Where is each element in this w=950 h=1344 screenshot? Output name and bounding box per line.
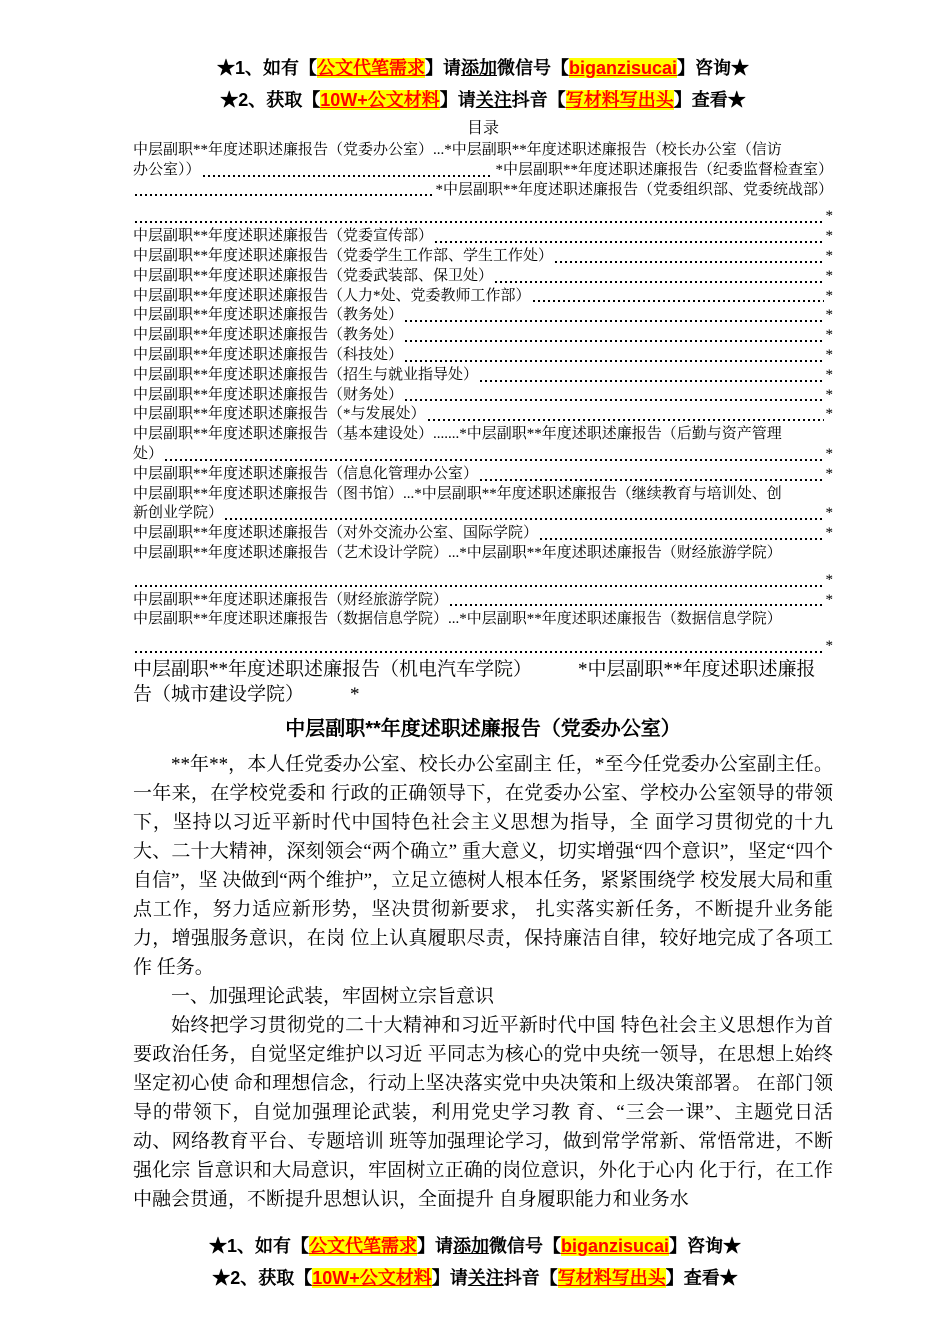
notice-text: 】请 bbox=[440, 90, 476, 110]
toc-line: 中层副职**年度述职述廉报告（数据信息学院）...*中层副职**年度述职述廉报告… bbox=[133, 610, 833, 630]
toc-entry-text: * bbox=[826, 207, 834, 227]
toc-entry-text: * bbox=[826, 287, 834, 307]
toc-line: 中层副职**年度述职述廉报告（对外交流办公室、国际学院）* bbox=[133, 524, 833, 544]
dot-leader bbox=[135, 194, 433, 196]
toc-line: 中层副职**年度述职述廉报告（基本建设处）.......*中层副职**年度述职述… bbox=[133, 425, 833, 445]
toc-entry-text: 中层副职**年度述职述廉报告（财务处） bbox=[133, 386, 403, 406]
toc-entry-text: * bbox=[826, 571, 834, 591]
toc-line: *中层副职**年度述职述廉报告（党委组织部、党委统战部） bbox=[133, 181, 833, 201]
body-paragraph: **年**，本人任党委办公室、校长办公室副主 任，*至今任党委办公室副主任。一年… bbox=[133, 750, 833, 982]
highlighted-text: 公文代笔需求 bbox=[309, 1236, 417, 1256]
toc-entry-text: 中层副职**年度述职述廉报告（党委办公室）...*中层副职**年度述职述廉报告（… bbox=[133, 141, 782, 161]
toc-line: 中层副职**年度述职述廉报告（机电汽车学院）*中层副职**年度述职述廉报 bbox=[133, 657, 833, 682]
notice-text: 抖音【 bbox=[512, 90, 566, 110]
table-of-contents: 中层副职**年度述职述廉报告（党委办公室）...*中层副职**年度述职述廉报告（… bbox=[133, 141, 833, 707]
notice-text: 】咨询★ bbox=[669, 1236, 741, 1256]
toc-entry-text: * bbox=[826, 504, 834, 524]
underlined-text: 关注 bbox=[468, 1268, 504, 1288]
notice-line: ★1、如有【公文代笔需求】请添加微信号【biganzisucai】咨询★ bbox=[0, 1230, 950, 1262]
toc-entry-text: 中层副职**年度述职述廉报告（机电汽车学院） bbox=[133, 657, 532, 682]
toc-entry-text: * bbox=[826, 267, 834, 287]
underlined-text: 关注 bbox=[476, 90, 512, 110]
footer-notice: ★1、如有【公文代笔需求】请添加微信号【biganzisucai】咨询★★2、获… bbox=[0, 1230, 950, 1294]
toc-entry-text: 处） bbox=[133, 445, 163, 465]
dot-leader bbox=[435, 241, 823, 243]
notice-text: 】查看★ bbox=[666, 1268, 738, 1288]
dot-leader bbox=[555, 261, 823, 263]
dot-leader bbox=[405, 399, 823, 401]
toc-entry-text: * bbox=[826, 445, 834, 465]
dot-leader bbox=[165, 459, 823, 461]
dot-leader bbox=[135, 585, 824, 587]
highlighted-text: 写材料写出头 bbox=[566, 90, 674, 110]
toc-line: 中层副职**年度述职述廉报告（人力*处、党委教师工作部）* bbox=[133, 287, 833, 307]
highlighted-text: 公文代笔需求 bbox=[317, 58, 425, 78]
toc-line: 新创业学院）* bbox=[133, 504, 833, 524]
toc-entry-text: * bbox=[826, 227, 834, 247]
toc-entry-text: 中层副职**年度述职述廉报告（艺术设计学院）...*中层副职**年度述职述廉报告… bbox=[133, 544, 782, 564]
toc-entry-text: 中层副职**年度述职述廉报告（图书馆）...*中层副职**年度述职述廉报告（继续… bbox=[133, 485, 782, 505]
toc-entry-text: 中层副职**年度述职述廉报告（数据信息学院）...*中层副职**年度述职述廉报告… bbox=[133, 610, 782, 630]
dot-leader bbox=[203, 175, 494, 177]
toc-entry-text: * bbox=[826, 366, 834, 386]
notice-text: 】咨询★ bbox=[677, 58, 749, 78]
toc-line: 告（城市建设学院）* bbox=[133, 682, 833, 707]
toc-line: 中层副职**年度述职述廉报告（党委办公室）...*中层副职**年度述职述廉报告（… bbox=[133, 141, 833, 161]
toc-entry-text: * bbox=[826, 306, 834, 326]
toc-line: 中层副职**年度述职述廉报告（党委宣传部）* bbox=[133, 227, 833, 247]
notice-line: ★1、如有【公文代笔需求】请添加微信号【biganzisucai】咨询★ bbox=[133, 52, 833, 84]
document-page: ★1、如有【公文代笔需求】请添加微信号【biganzisucai】咨询★★2、获… bbox=[0, 0, 950, 1344]
toc-entry-text: * bbox=[826, 465, 834, 485]
notice-line: ★2、获取【10W+公文材料】请关注抖音【写材料写出头】查看★ bbox=[133, 84, 833, 116]
toc-entry-text: 中层副职**年度述职述廉报告（对外交流办公室、国际学院） bbox=[133, 524, 538, 544]
notice-text: 】请 bbox=[432, 1268, 468, 1288]
toc-line: 中层副职**年度述职述廉报告（科技处）* bbox=[133, 346, 833, 366]
underlined-text: 添加 bbox=[453, 1236, 489, 1256]
toc-line: 中层副职**年度述职述廉报告（财务处）* bbox=[133, 386, 833, 406]
toc-entry-text: * bbox=[350, 682, 360, 707]
notice-text: 】查看★ bbox=[674, 90, 746, 110]
toc-entry-text: 中层副职**年度述职述廉报告（*与发展处） bbox=[133, 405, 426, 425]
report-title: 中层副职**年度述职述廉报告（党委办公室） bbox=[133, 715, 833, 743]
highlighted-text: biganzisucai bbox=[561, 1236, 669, 1256]
dot-leader bbox=[428, 419, 824, 421]
document-body: **年**，本人任党委办公室、校长办公室副主 任，*至今任党委办公室副主任。一年… bbox=[133, 750, 833, 1214]
dot-leader bbox=[135, 221, 824, 223]
dot-leader bbox=[480, 380, 823, 382]
toc-line: 中层副职**年度述职述廉报告（*与发展处）* bbox=[133, 405, 833, 425]
toc-line: * bbox=[133, 207, 833, 227]
toc-entry-text: * bbox=[826, 637, 834, 657]
dot-leader bbox=[405, 320, 823, 322]
dot-leader bbox=[540, 538, 823, 540]
toc-entry-text: *中层副职**年度述职述廉报告（纪委监督检查室） bbox=[495, 161, 833, 181]
toc-entry-text: *中层副职**年度述职述廉报 bbox=[578, 657, 816, 682]
notice-text: ★1、如有【 bbox=[217, 58, 317, 78]
toc-line: 中层副职**年度述职述廉报告（招生与就业指导处）* bbox=[133, 366, 833, 386]
toc-entry-text: * bbox=[826, 346, 834, 366]
toc-entry-text: * bbox=[826, 326, 834, 346]
body-paragraph: 始终把学习贯彻党的二十大精神和习近平新时代中国 特色社会主义思想作为首要政治任务… bbox=[133, 1011, 833, 1214]
toc-entry-text: 中层副职**年度述职述廉报告（财经旅游学院） bbox=[133, 591, 448, 611]
notice-line: ★2、获取【10W+公文材料】请关注抖音【写材料写出头】查看★ bbox=[0, 1262, 950, 1294]
toc-line: 中层副职**年度述职述廉报告（信息化管理办公室）* bbox=[133, 465, 833, 485]
toc-line: * bbox=[133, 571, 833, 591]
toc-entry-text: 中层副职**年度述职述廉报告（人力*处、党委教师工作部） bbox=[133, 287, 531, 307]
toc-entry-text: 中层副职**年度述职述廉报告（党委学生工作部、学生工作处） bbox=[133, 247, 553, 267]
toc-line: 中层副职**年度述职述廉报告（艺术设计学院）...*中层副职**年度述职述廉报告… bbox=[133, 544, 833, 564]
dot-leader bbox=[225, 518, 823, 520]
toc-line: 中层副职**年度述职述廉报告（教务处）* bbox=[133, 306, 833, 326]
toc-entry-text: * bbox=[826, 405, 834, 425]
toc-entry-text: 中层副职**年度述职述廉报告（招生与就业指导处） bbox=[133, 366, 478, 386]
toc-entry-text: 办公室）） bbox=[133, 161, 201, 181]
notice-text: 微信号【 bbox=[489, 1236, 561, 1256]
toc-entry-text: 中层副职**年度述职述廉报告（党委武装部、保卫处） bbox=[133, 267, 493, 287]
header-notice: ★1、如有【公文代笔需求】请添加微信号【biganzisucai】咨询★★2、获… bbox=[133, 52, 833, 116]
highlighted-text: 10W+公文材料 bbox=[312, 1268, 432, 1288]
toc-entry-text: 告（城市建设学院） bbox=[133, 682, 304, 707]
notice-text: 微信号【 bbox=[497, 58, 569, 78]
toc-entry-text: * bbox=[826, 591, 834, 611]
dot-leader bbox=[405, 360, 823, 362]
notice-text: 】请 bbox=[417, 1236, 453, 1256]
underlined-text: 添加 bbox=[461, 58, 497, 78]
section-heading: 一、加强理论武装，牢固树立宗旨意识 bbox=[133, 982, 833, 1011]
toc-entry-text: 中层副职**年度述职述廉报告（党委宣传部） bbox=[133, 227, 433, 247]
toc-entry-text: * bbox=[826, 247, 834, 267]
notice-text: ★1、如有【 bbox=[209, 1236, 309, 1256]
toc-entry-text: *中层副职**年度述职述廉报告（党委组织部、党委统战部） bbox=[435, 181, 833, 201]
dot-leader bbox=[495, 281, 823, 283]
toc-line: 办公室））*中层副职**年度述职述廉报告（纪委监督检查室） bbox=[133, 161, 833, 181]
notice-text: ★2、获取【 bbox=[220, 90, 320, 110]
highlighted-text: 写材料写出头 bbox=[558, 1268, 666, 1288]
toc-entry-text: 中层副职**年度述职述廉报告（科技处） bbox=[133, 346, 403, 366]
notice-text: 】请 bbox=[425, 58, 461, 78]
toc-entry-text: 中层副职**年度述职述廉报告（基本建设处）.......*中层副职**年度述职述… bbox=[133, 425, 782, 445]
toc-entry-text: 中层副职**年度述职述廉报告（教务处） bbox=[133, 326, 403, 346]
toc-entry-text: 中层副职**年度述职述廉报告（教务处） bbox=[133, 306, 403, 326]
toc-line: 中层副职**年度述职述廉报告（党委武装部、保卫处）* bbox=[133, 267, 833, 287]
highlighted-text: biganzisucai bbox=[569, 58, 677, 78]
toc-line: 中层副职**年度述职述廉报告（财经旅游学院）* bbox=[133, 591, 833, 611]
dot-leader bbox=[480, 479, 823, 481]
dot-leader bbox=[450, 604, 823, 606]
toc-line: 中层副职**年度述职述廉报告（图书馆）...*中层副职**年度述职述廉报告（继续… bbox=[133, 485, 833, 505]
toc-entry-text: * bbox=[826, 386, 834, 406]
toc-title: 目录 bbox=[133, 118, 833, 140]
highlighted-text: 10W+公文材料 bbox=[320, 90, 440, 110]
notice-text: ★2、获取【 bbox=[212, 1268, 312, 1288]
dot-leader bbox=[533, 300, 824, 302]
toc-line: 中层副职**年度述职述廉报告（党委学生工作部、学生工作处）* bbox=[133, 247, 833, 267]
toc-entry-text: 中层副职**年度述职述廉报告（信息化管理办公室） bbox=[133, 465, 478, 485]
toc-line: 中层副职**年度述职述廉报告（教务处）* bbox=[133, 326, 833, 346]
toc-entry-text: 新创业学院） bbox=[133, 504, 223, 524]
dot-leader bbox=[405, 340, 823, 342]
toc-line: * bbox=[133, 637, 833, 657]
notice-text: 抖音【 bbox=[504, 1268, 558, 1288]
toc-entry-text: * bbox=[826, 524, 834, 544]
dot-leader bbox=[135, 651, 824, 653]
toc-line: 处）* bbox=[133, 445, 833, 465]
